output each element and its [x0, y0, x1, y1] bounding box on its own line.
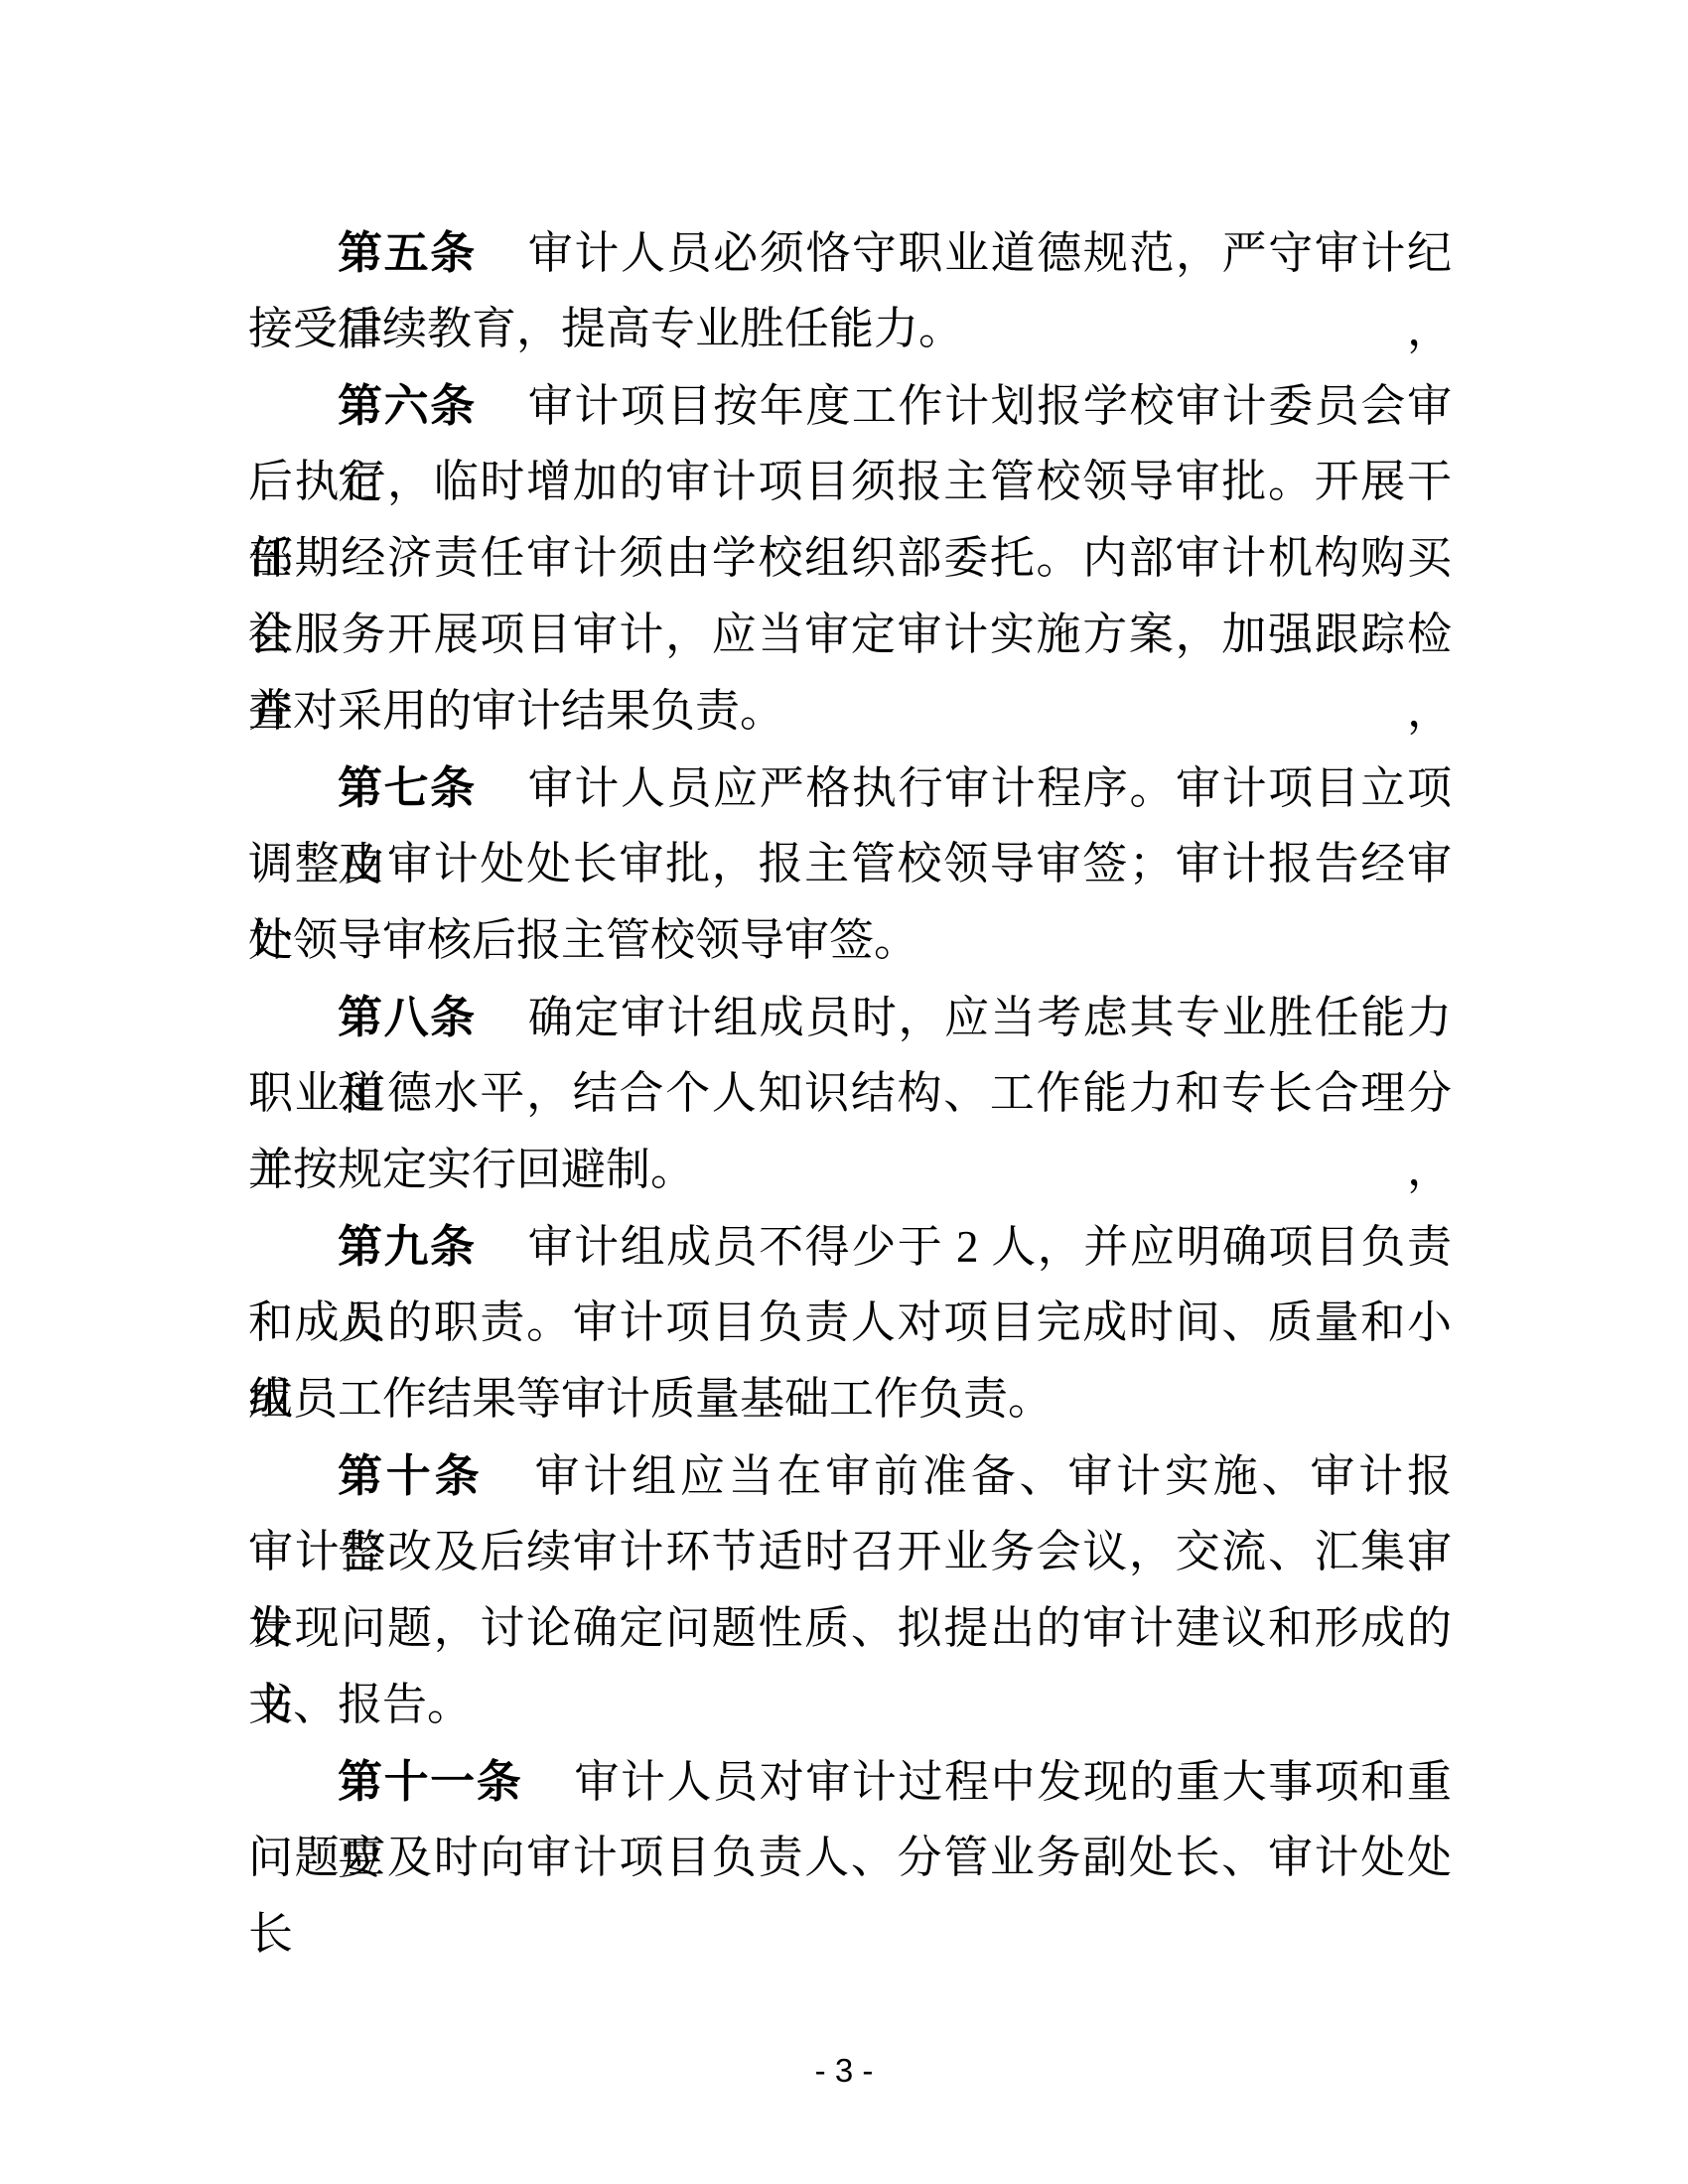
- article-heading: 第七条: [338, 762, 477, 813]
- text-line: 发现问题，讨论确定问题性质、拟提出的审计建议和形成的文: [248, 1590, 1452, 1667]
- text-line: 书、报告。: [248, 1667, 1452, 1743]
- article-heading: 第八条: [338, 992, 477, 1042]
- text-line: 第八条确定审计组成员时，应当考虑其专业胜任能力和: [248, 979, 1452, 1055]
- page-number: - 3 -: [0, 2051, 1688, 2091]
- text-line: 调整由审计处处长审批，报主管校领导审签；审计报告经审计: [248, 826, 1452, 902]
- text-line: 第十一条审计人员对审计过程中发现的重大事项和重要: [248, 1743, 1452, 1820]
- text-line: 会服务开展项目审计，应当审定审计实施方案，加强跟踪检查，: [248, 597, 1452, 673]
- text-line: 处领导审核后报主管校领导审签。: [248, 902, 1452, 979]
- article-heading: 第十一条: [338, 1756, 522, 1807]
- article-heading: 第十条: [338, 1450, 483, 1501]
- text-line: 成员工作结果等审计质量基础工作负责。: [248, 1361, 1452, 1437]
- article-heading: 第五条: [338, 227, 477, 278]
- text-line: 问题应及时向审计项目负责人、分管业务副处长、审计处处长: [248, 1820, 1452, 1896]
- document-page: 第五条审计人员必须恪守职业道德规范，严守审计纪律，接受后续教育，提高专业胜任能力…: [0, 0, 1688, 2184]
- article-heading: 第六条: [338, 380, 477, 431]
- text-line: 任期经济责任审计须由学校组织部委托。内部审计机构购买社: [248, 520, 1452, 597]
- text-line: 第九条审计组成员不得少于 2 人，并应明确项目负责人: [248, 1208, 1452, 1285]
- text-line: 后执行，临时增加的审计项目须报主管校领导审批。开展干部: [248, 444, 1452, 520]
- text-column: 第五条审计人员必须恪守职业道德规范，严守审计纪律，接受后续教育，提高专业胜任能力…: [248, 214, 1452, 1896]
- text-line: 职业道德水平，结合个人知识结构、工作能力和专长合理分工，: [248, 1055, 1452, 1132]
- text-line: 第七条审计人员应严格执行审计程序。审计项目立项及: [248, 750, 1452, 826]
- text-line: 第五条审计人员必须恪守职业道德规范，严守审计纪律，: [248, 214, 1452, 291]
- article-heading: 第九条: [338, 1221, 477, 1272]
- text-line: 第六条审计项目按年度工作计划报学校审计委员会审定: [248, 367, 1452, 444]
- text-line: 第十条审计组应当在审前准备、审计实施、审计报告、: [248, 1437, 1452, 1514]
- text-line: 审计整改及后续审计环节适时召开业务会议，交流、汇集审计: [248, 1514, 1452, 1590]
- text-line: 和成员的职责。审计项目负责人对项目完成时间、质量和小组: [248, 1285, 1452, 1361]
